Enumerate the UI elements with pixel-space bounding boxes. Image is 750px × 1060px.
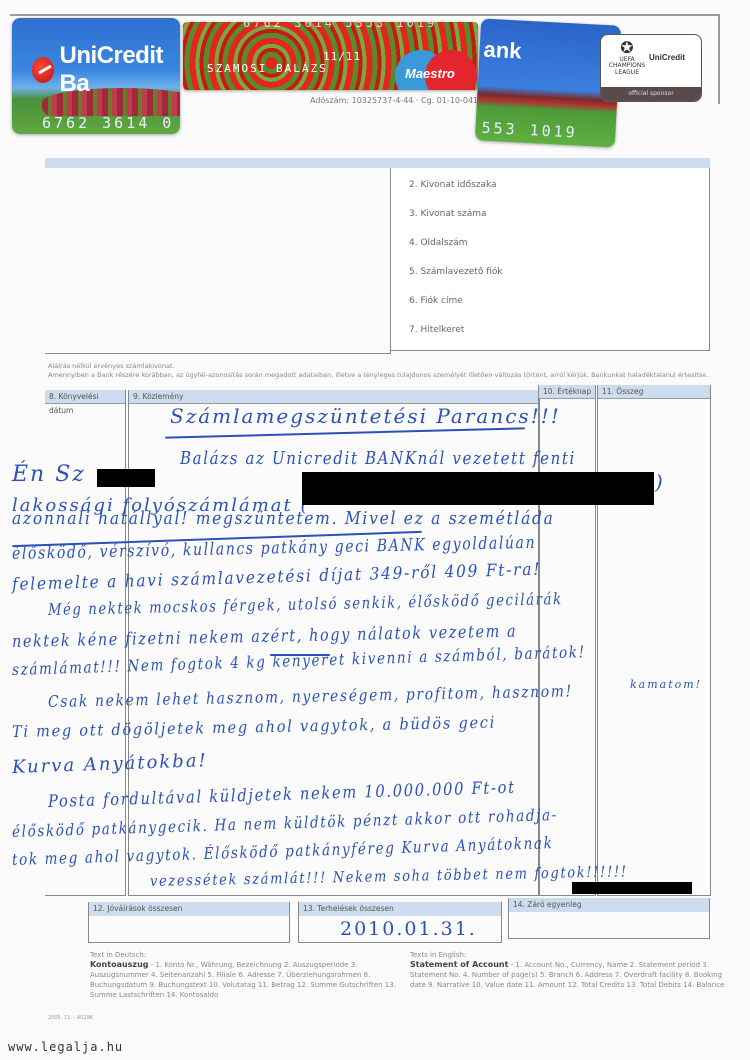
total-credits-box: 12. Jóváírások összesen <box>88 902 290 943</box>
handwritten-line: azonnali hatállyal! megszüntetem. Mivel … <box>12 508 555 529</box>
unicredit-ball-icon <box>32 57 54 83</box>
field-credit-limit: 7. Hitelkeret <box>409 325 464 335</box>
bank-card-left: UniCredit Ba 6762 3614 0 <box>12 18 180 134</box>
handwritten-title: Számlamegszüntetési Parancs!!! <box>170 404 561 428</box>
column-amount: 11. Összeg <box>597 385 711 896</box>
starball-icon: ✪ <box>605 39 649 57</box>
sponsor-tagline: official sponsor <box>601 87 701 101</box>
card-number: 6762 3614 5353 1019 <box>243 22 437 30</box>
signature-redaction <box>572 882 692 894</box>
handwritten-line: ) <box>655 470 665 494</box>
card-brand: UniCredit Ba <box>59 42 180 98</box>
column-header: 8. Könyvelési dátum <box>45 390 125 404</box>
statement-info-box: 2. Kivonat időszaka 3. Kivonat száma 4. … <box>390 168 710 351</box>
total-debits-label: 13. Terhelések összesen <box>299 902 501 916</box>
page-border <box>10 14 720 16</box>
legend-heading: Text in Deutsch: <box>90 950 410 960</box>
field-statement-number: 3. Kivonat száma <box>409 209 487 219</box>
field-page-number: 4. Oldalszám <box>409 238 467 248</box>
maestro-logo-icon: Maestro <box>395 50 475 90</box>
redaction-bar <box>302 472 654 505</box>
note-data-change: Amennyiben a Bank részére korábban, az ü… <box>48 371 708 379</box>
champions-league-logo: ✪ UEFA CHAMPIONS LEAGUE <box>605 39 649 76</box>
note-signature: Aláírás nélkül érvényes számlakivonat. <box>48 362 175 370</box>
legend-title: Statement of Account <box>410 960 508 969</box>
handwritten-line: Én Sz <box>12 462 86 487</box>
field-branch: 5. Számlavezető fiók <box>409 267 503 277</box>
card-brand: ank <box>483 37 522 65</box>
unicredit-logo: UniCredit Ba <box>32 42 180 98</box>
column-header: 10. Értéknap <box>539 385 595 399</box>
legend-german: Text in Deutsch: Kontoauszug - 1. Konto … <box>90 950 410 1000</box>
tax-id: Adószám: 10325737-4-44 · Cg. 01-10-04134… <box>310 96 493 105</box>
sponsor-badge: ✪ UEFA CHAMPIONS LEAGUE UniCredit offici… <box>600 34 702 102</box>
card-network: Maestro <box>405 66 455 81</box>
legend-english: Texts in English: Statement of Account -… <box>410 950 730 990</box>
handwritten-line: kamatom! <box>630 678 702 691</box>
handwritten-line: Balázs az Unicredit BANKnál vezetett fen… <box>180 448 576 469</box>
watermark: www.legalja.hu <box>8 1040 123 1054</box>
card-number: 6762 3614 0 <box>42 114 174 132</box>
column-header: 9. Közlemény <box>129 390 539 404</box>
closing-balance-box: 14. Záró egyenleg <box>508 898 710 939</box>
redaction-bar <box>97 469 155 487</box>
bank-card-middle: 6762 3614 5353 1019 11/11 SZAMOSI BALÁZS… <box>183 22 478 90</box>
legend-heading: Texts in English: <box>410 950 730 960</box>
handwritten-date: 2010.01.31. <box>340 918 477 940</box>
closing-balance-label: 14. Záró egyenleg <box>509 898 709 912</box>
total-credits-label: 12. Jóváírások összesen <box>89 902 289 916</box>
form-code: 2005. 11. - A0296 <box>48 1015 93 1021</box>
column-header: 11. Összeg <box>598 385 710 399</box>
legend-title: Kontoauszug <box>90 960 149 969</box>
page-border <box>718 14 720 104</box>
league-name: UEFA CHAMPIONS LEAGUE <box>609 56 645 76</box>
field-statement-period: 2. Kivonat időszaka <box>409 180 497 190</box>
card-expiry: 11/11 <box>323 50 361 63</box>
statement-info-header <box>390 158 710 168</box>
sponsor-brand: UniCredit <box>649 53 685 62</box>
card-holder: SZAMOSI BALÁZS <box>207 62 328 75</box>
field-branch-address: 6. Fiók címe <box>409 296 463 306</box>
card-number: 553 1019 <box>481 119 578 142</box>
account-box <box>45 158 391 354</box>
